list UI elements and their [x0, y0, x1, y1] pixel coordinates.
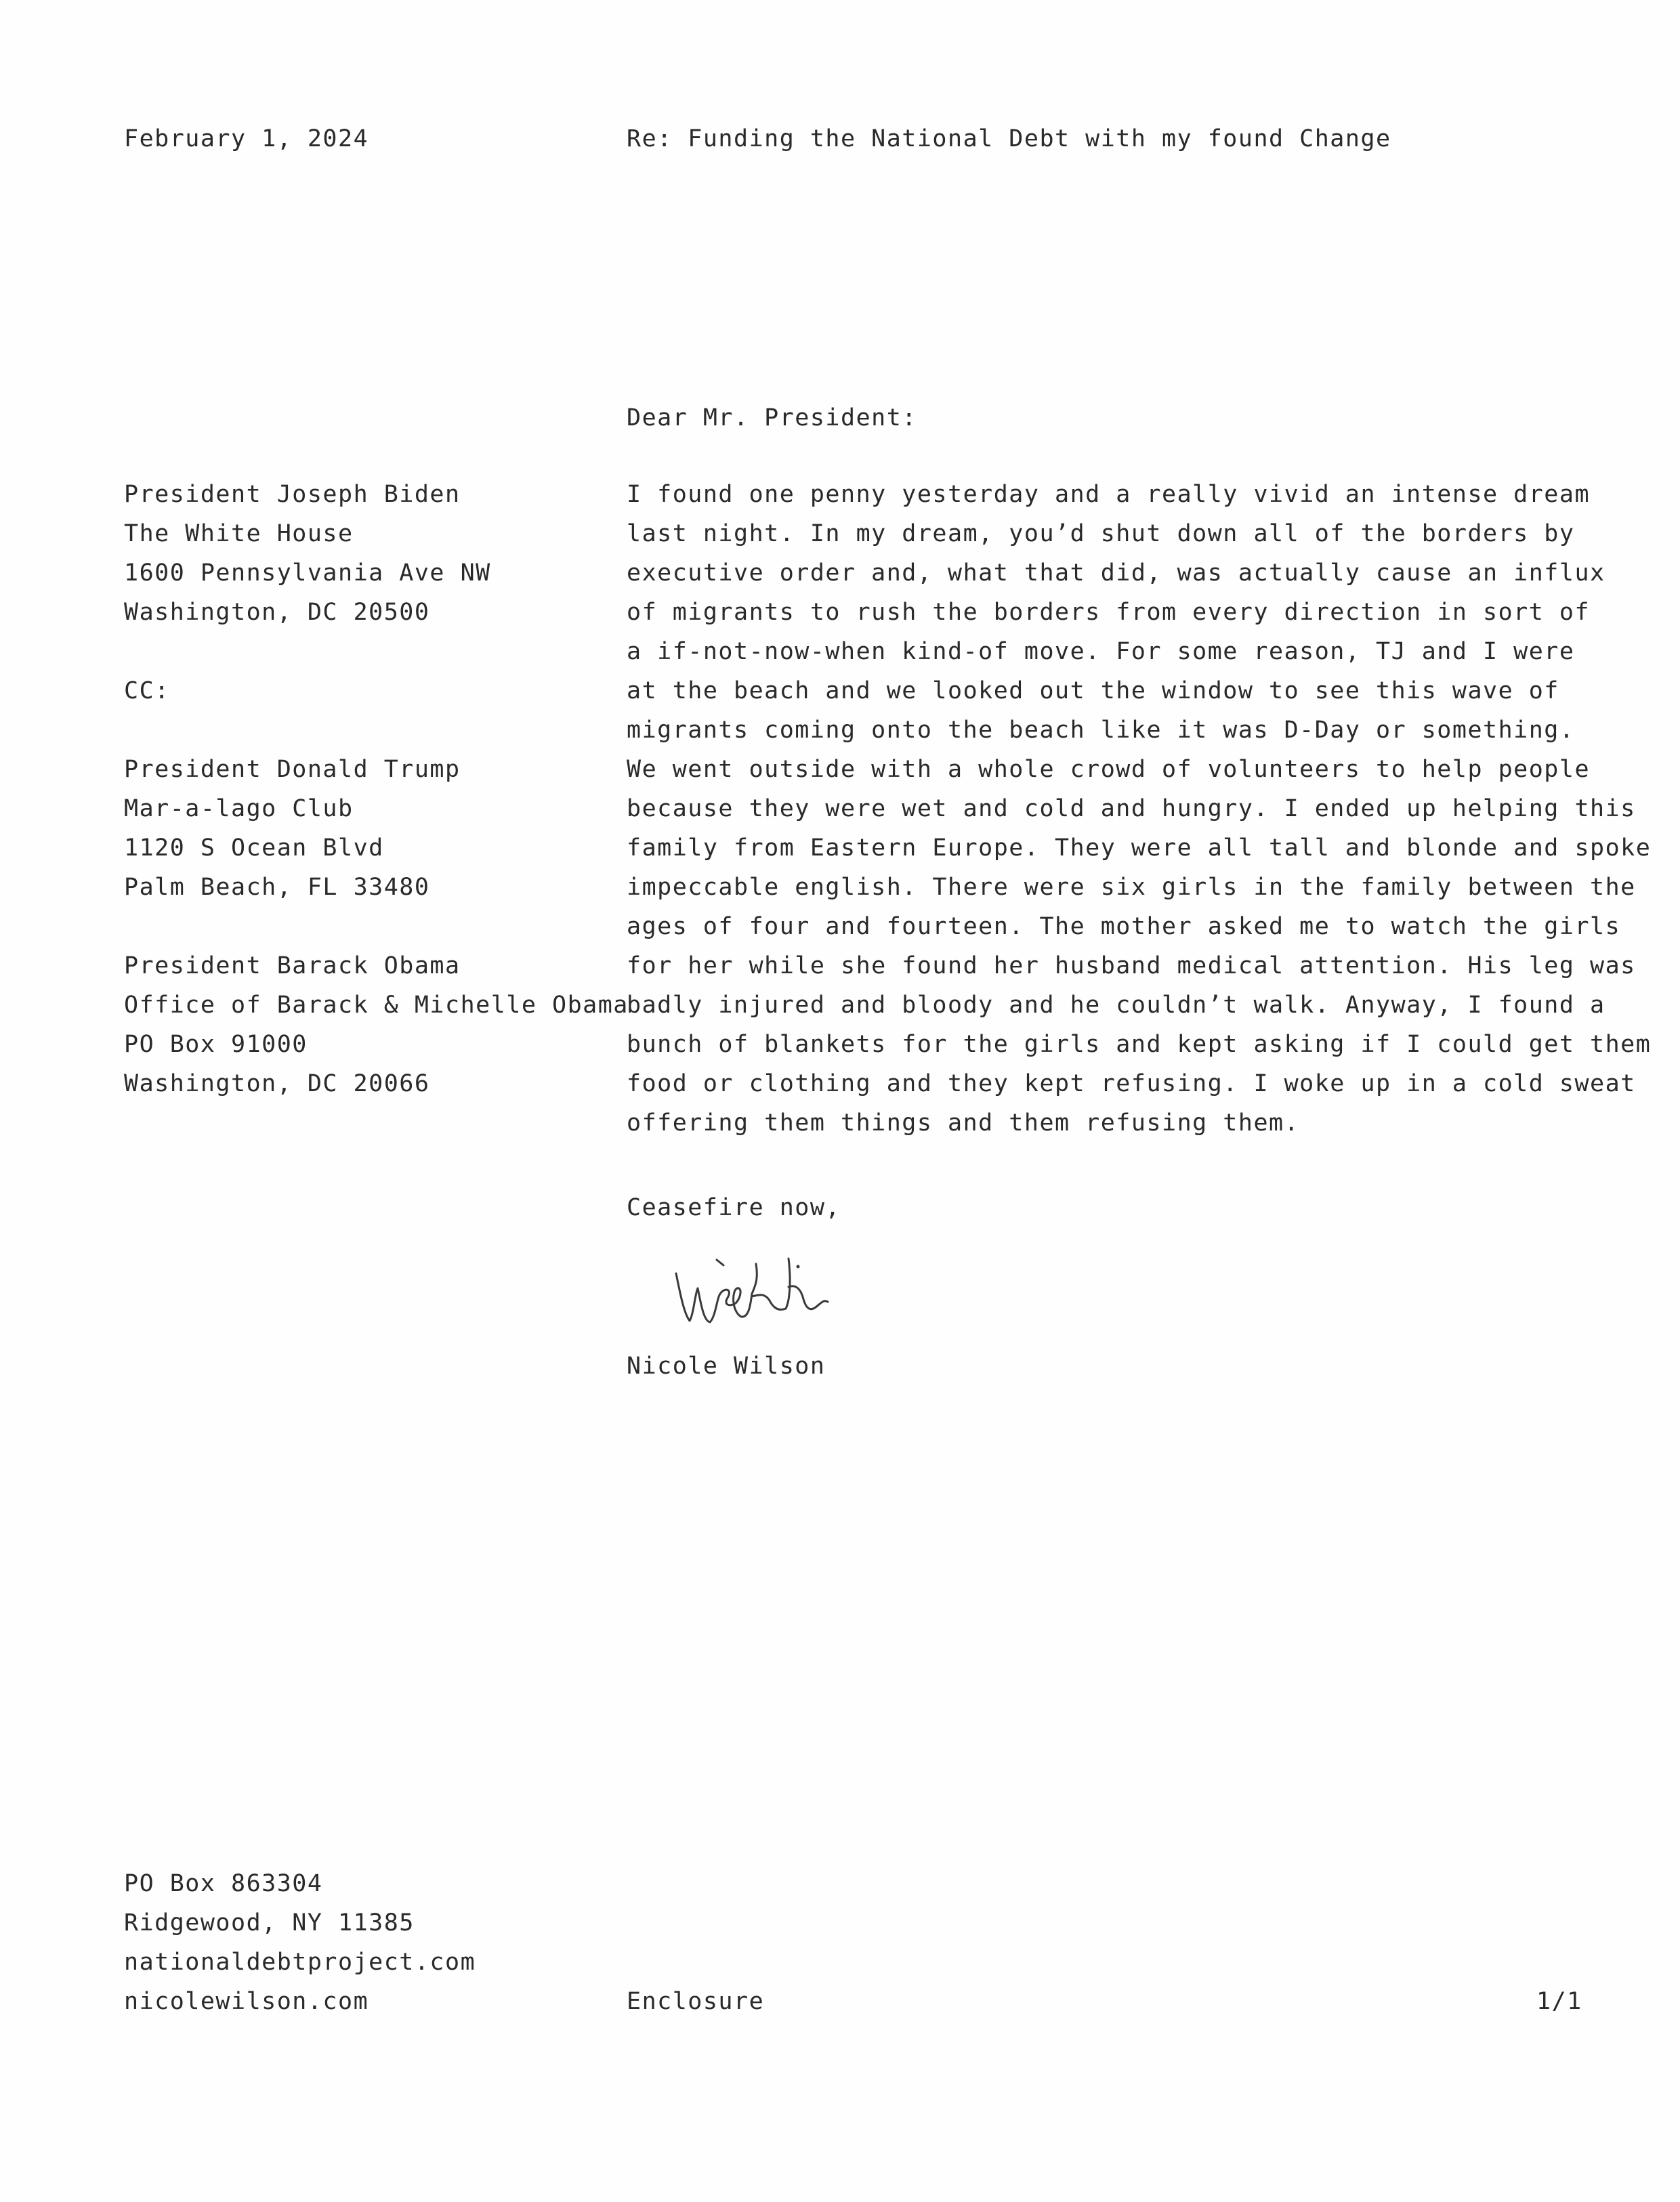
body-line: impeccable english. There were six girls… [627, 868, 1651, 907]
spacer [124, 907, 629, 946]
address-column: President Joseph Biden The White House 1… [124, 475, 629, 1103]
address-line: Office of Barack & Michelle Obama [124, 986, 629, 1025]
page-number: 1/1 [1536, 1982, 1582, 2021]
spacer [124, 632, 629, 671]
body-line: food or clothing and they kept refusing.… [627, 1064, 1651, 1103]
body-line: for her while she found her husband medi… [627, 946, 1651, 986]
body-line: ages of four and fourteen. The mother as… [627, 907, 1651, 946]
body-line: badly injured and bloody and he couldn’t… [627, 986, 1651, 1025]
cc-address: President Donald Trump Mar-a-lago Club 1… [124, 750, 629, 907]
footer-contact: PO Box 863304 Ridgewood, NY 11385 nation… [124, 1864, 476, 2021]
address-line: 1120 S Ocean Blvd [124, 828, 629, 868]
body-line: offering them things and them refusing t… [627, 1103, 1651, 1143]
enclosure-note: Enclosure [627, 1982, 764, 2021]
spacer [124, 711, 629, 750]
letter-subject: Re: Funding the National Debt with my fo… [627, 119, 1391, 158]
address-line: Mar-a-lago Club [124, 789, 629, 828]
address-line: Washington, DC 20066 [124, 1064, 629, 1103]
body-line: executive order and, what that did, was … [627, 553, 1651, 593]
cc-label: CC: [124, 671, 629, 711]
footer-line: PO Box 863304 [124, 1864, 476, 1903]
address-line: President Barack Obama [124, 946, 629, 986]
salutation: Dear Mr. President: [627, 398, 917, 438]
signature-icon [671, 1246, 996, 1334]
address-line: President Donald Trump [124, 750, 629, 789]
footer-link[interactable]: nationaldebtproject.com [124, 1943, 476, 1982]
body-line: I found one penny yesterday and a really… [627, 475, 1651, 514]
body-line: last night. In my dream, you’d shut down… [627, 514, 1651, 553]
address-line: The White House [124, 514, 629, 553]
body-line: a if-not-now-when kind-of move. For some… [627, 632, 1651, 671]
address-line: 1600 Pennsylvania Ave NW [124, 553, 629, 593]
body-line: because they were wet and cold and hungr… [627, 789, 1651, 828]
address-line: Washington, DC 20500 [124, 593, 629, 632]
footer-link[interactable]: nicolewilson.com [124, 1982, 476, 2021]
letter-page: February 1, 2024 Re: Funding the Nationa… [0, 0, 1680, 2202]
address-line: Palm Beach, FL 33480 [124, 868, 629, 907]
closing: Ceasefire now, [627, 1188, 841, 1227]
address-line: PO Box 91000 [124, 1025, 629, 1064]
footer-line: Ridgewood, NY 11385 [124, 1903, 476, 1943]
body-line: migrants coming onto the beach like it w… [627, 711, 1651, 750]
signer-name: Nicole Wilson [627, 1347, 825, 1386]
letter-body: I found one penny yesterday and a really… [627, 475, 1651, 1143]
body-line: bunch of blankets for the girls and kept… [627, 1025, 1651, 1064]
address-line: President Joseph Biden [124, 475, 629, 514]
body-line: family from Eastern Europe. They were al… [627, 828, 1651, 868]
body-line: of migrants to rush the borders from eve… [627, 593, 1651, 632]
recipient-address: President Joseph Biden The White House 1… [124, 475, 629, 632]
letter-date: February 1, 2024 [124, 119, 369, 158]
body-line: at the beach and we looked out the windo… [627, 671, 1651, 711]
cc-address: President Barack Obama Office of Barack … [124, 946, 629, 1103]
body-line: We went outside with a whole crowd of vo… [627, 750, 1651, 789]
